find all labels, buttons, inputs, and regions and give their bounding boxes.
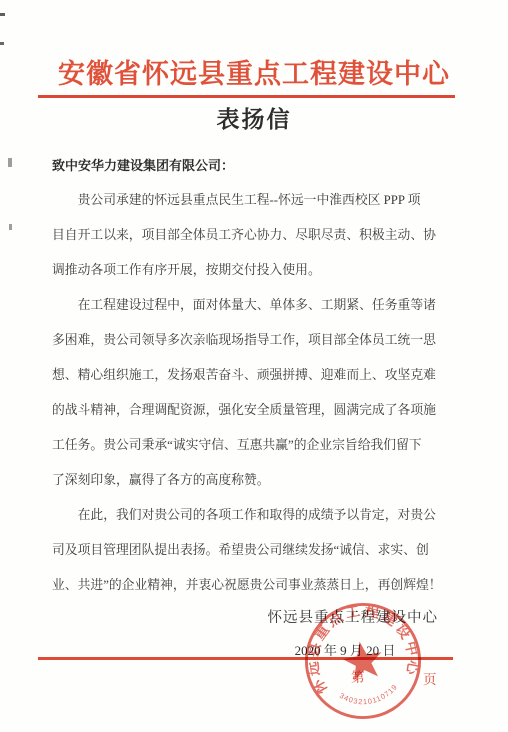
scan-artifact bbox=[8, 158, 12, 167]
seal-star-icon bbox=[340, 638, 385, 682]
paragraph-line: 了深刻印象，赢得了各方的高度称赞。 bbox=[52, 463, 440, 498]
page-number-suffix: 页 bbox=[423, 668, 437, 688]
paragraph-line: 在工程建设过程中，面对体量大、单体多、工期紧、任务重等诸 bbox=[52, 288, 440, 323]
paragraph-line: 司及项目管理团队提出表扬。希望贵公司继续发扬“诚信、求实、创 bbox=[52, 533, 440, 568]
official-seal: 怀远县重点工程建设中心 3403210110719 bbox=[302, 600, 424, 722]
scan-artifact bbox=[0, 42, 4, 45]
letter-body: 贵公司承建的怀远县重点民生工程--怀远一中淮西校区 PPP 项 目自开工以来，项… bbox=[52, 183, 440, 603]
paragraph-line: 业、共进”的企业精神，并衷心祝愿贵公司事业蒸蒸日上，再创辉煌！ bbox=[52, 568, 440, 603]
paragraph-line: 目自开工以来，项目部全体员工齐心协力、尽职尽责、积极主动、协 bbox=[52, 218, 440, 253]
letterhead-org-title: 安徽省怀远县重点工程建设中心 bbox=[0, 52, 508, 91]
salutation: 致中安华力建设集团有限公司： bbox=[52, 148, 442, 183]
paragraph-line: 调推动各项工作有序开展，按期交付投入使用。 bbox=[52, 253, 440, 288]
paragraph-line: 工任务。贵公司秉承“诚实守信、互惠共赢”的企业宗旨给我们留下 bbox=[52, 428, 440, 463]
scan-artifact bbox=[0, 13, 5, 16]
paragraph-line: 的战斗精神，合理调配资源，强化安全质量管理，圆满完成了各项施 bbox=[52, 393, 440, 428]
paragraph-line: 贵公司承建的怀远县重点民生工程--怀远一中淮西校区 PPP 项 bbox=[52, 183, 440, 218]
letter-page: 安徽省怀远县重点工程建设中心 表扬信 致中安华力建设集团有限公司： 贵公司承建的… bbox=[0, 0, 508, 732]
letterhead-rule bbox=[38, 95, 455, 98]
paragraph-line: 想、精心组织施工，发扬艰苦奋斗、顽强拼搏、迎难而上、攻坚克难 bbox=[52, 358, 440, 393]
paragraph-line: 多困难，贵公司领导多次亲临现场指导工作，项目部全体员工统一思 bbox=[52, 323, 440, 358]
seal-code: 3403210110719 bbox=[337, 681, 402, 711]
document-title: 表扬信 bbox=[0, 101, 508, 134]
scan-artifact bbox=[9, 224, 12, 230]
paragraph-line: 在此，我们对贵公司的各项工作和取得的成绩予以肯定，对贵公 bbox=[52, 498, 440, 533]
